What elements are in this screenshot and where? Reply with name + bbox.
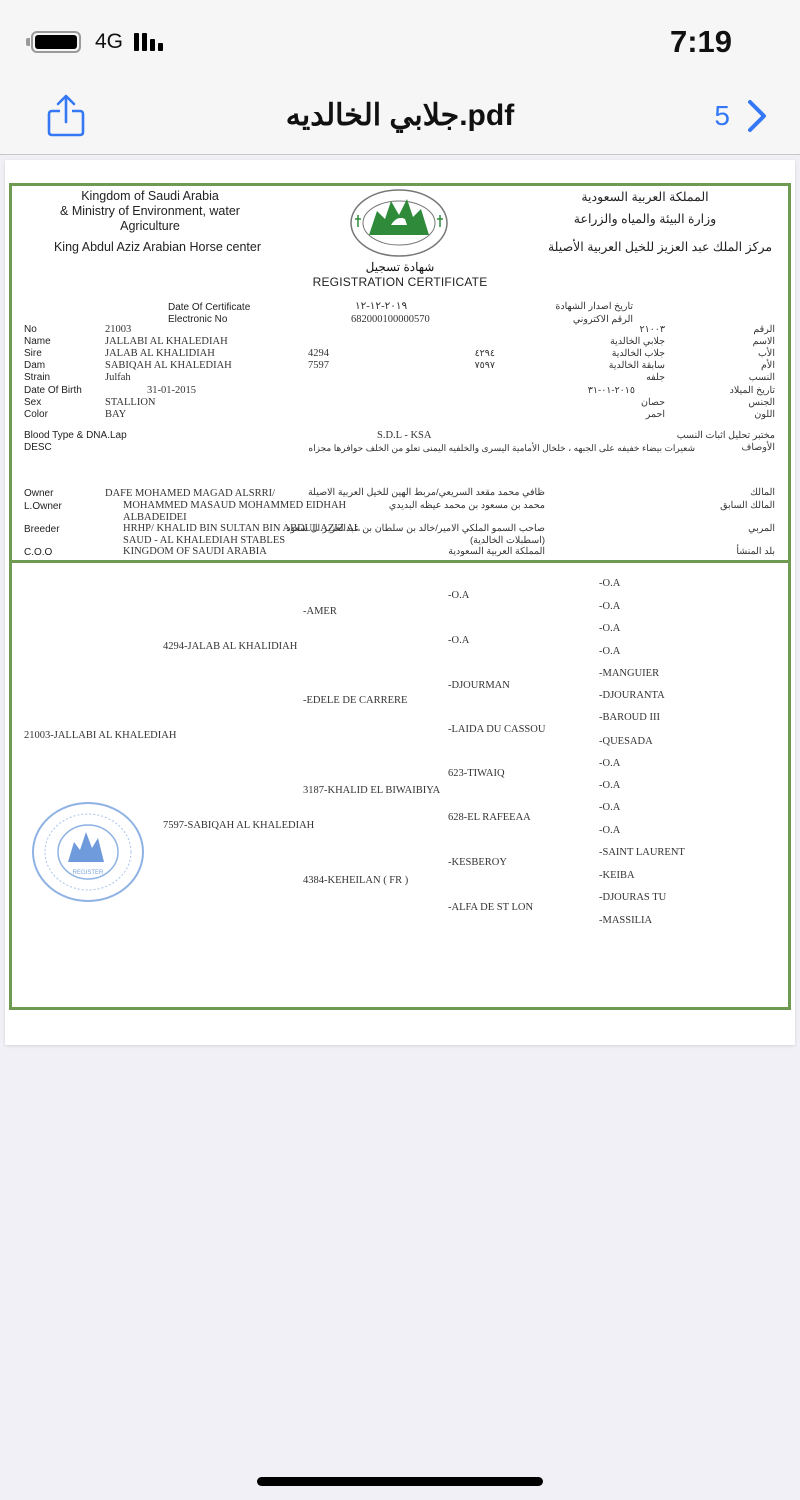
pedigree-great-grandparent: -KESBEROY: [448, 857, 507, 868]
pedigree-horse: 21003-JALLABI AL KHALEDIAH: [24, 730, 176, 741]
battery-icon: [26, 31, 86, 53]
field-label-ar: تاريخ الميلاد: [730, 385, 775, 397]
next-page-button[interactable]: [740, 94, 776, 138]
field-label: Date Of Birth: [24, 385, 82, 397]
certificate-title-en: REGISTRATION CERTIFICATE: [295, 275, 505, 289]
field-label: Sire: [24, 348, 42, 360]
home-indicator[interactable]: [257, 1477, 543, 1486]
owner-value: DAFE MOHAMED MAGAD ALSRRI/: [105, 488, 275, 500]
header-ar-line2: وزارة البيئة والمياه والزراعة: [545, 211, 745, 226]
pedigree-gg-grandparent: -O.A: [599, 758, 620, 769]
breeder-label: Breeder: [24, 524, 60, 536]
network-type: 4G: [95, 30, 123, 54]
page-count: 5: [714, 100, 730, 132]
clock: 7:19: [670, 24, 732, 60]
electronic-no-value: 682000100000570: [351, 314, 430, 326]
electronic-no-label: Electronic No: [168, 314, 227, 326]
pedigree-gg-grandparent: -QUESADA: [599, 736, 653, 747]
field-value: BAY: [105, 409, 126, 421]
pedigree-gg-grandparent: -O.A: [599, 646, 620, 657]
pedigree-gg-grandparent: -KEIBA: [599, 870, 635, 881]
coo-label: C.O.O: [24, 547, 52, 559]
desc-value-ar: شعيرات بيضاء خفيفه على الجبهه ، خلخال ال…: [308, 442, 695, 454]
pdf-page: Kingdom of Saudi Arabia & Ministry of En…: [5, 160, 795, 1045]
pedigree-great-grandparent: -O.A: [448, 590, 469, 601]
field-value-ar: ٢٠١٥-٠١-٣١: [588, 385, 635, 397]
pedigree-gg-grandparent: -O.A: [599, 802, 620, 813]
field-value: 31-01-2015: [147, 385, 196, 397]
pedigree-great-grandparent: 623-TIWAIQ: [448, 768, 505, 779]
date-of-certificate-label: Date Of Certificate: [168, 302, 250, 314]
blood-type-label: Blood Type & DNA.Lap: [24, 430, 127, 442]
owner-label: Owner: [24, 488, 53, 500]
pedigree-parent: 4294-JALAB AL KHALIDIAH: [163, 641, 297, 652]
field-label: Name: [24, 336, 51, 348]
desc-label-ar: الأوصاف: [742, 442, 775, 454]
field-value-ar: ٢١٠٠٣: [639, 324, 665, 336]
breeder-label-ar: المربي: [748, 523, 775, 535]
field-value-ar: احمر: [646, 409, 665, 421]
field-number: 4294: [308, 348, 329, 360]
kaahc-logo: [347, 187, 451, 259]
field-number-ar: ٧٥٩٧: [475, 360, 495, 372]
field-value-ar: جلابي الخالدية: [610, 336, 665, 348]
pedigree-great-grandparent: -O.A: [448, 635, 469, 646]
field-value: 21003: [105, 324, 131, 336]
pedigree-gg-grandparent: -MASSILIA: [599, 915, 652, 926]
pedigree-gg-grandparent: -O.A: [599, 601, 620, 612]
pedigree-gg-grandparent: -O.A: [599, 780, 620, 791]
date-of-certificate-label-ar: تاريخ اصدار الشهادة: [555, 301, 633, 313]
field-value: JALLABI AL KHALEDIAH: [105, 336, 228, 348]
pedigree-gg-grandparent: -O.A: [599, 623, 620, 634]
pedigree-gg-grandparent: -MANGUIER: [599, 668, 659, 679]
register-stamp: REGISTER: [30, 800, 146, 904]
header-en-line1: Kingdom of Saudi Arabia: [45, 189, 255, 204]
coo-label-ar: بلد المنشأ: [736, 546, 775, 558]
field-label-ar: الرقم: [753, 324, 775, 336]
pedigree-great-grandparent: -LAIDA DU CASSOU: [448, 724, 545, 735]
field-label: Color: [24, 409, 48, 421]
pedigree-gg-grandparent: -BAROUD III: [599, 712, 660, 723]
certificate-title-ar: شهادة تسجيل: [305, 260, 495, 274]
desc-label: DESC: [24, 442, 52, 454]
pedigree-gg-grandparent: -DJOURANTA: [599, 690, 665, 701]
field-number-ar: ٤٢٩٤: [475, 348, 495, 360]
field-label-ar: النسب: [749, 372, 775, 384]
field-label-ar: الأب: [758, 348, 775, 360]
pedigree-gg-grandparent: -O.A: [599, 578, 620, 589]
pedigree-grandparent: -AMER: [303, 606, 337, 617]
status-bar: 4G 7:19: [0, 0, 800, 80]
field-value: SABIQAH AL KHALEDIAH: [105, 360, 232, 372]
document-title: جلابي الخالديه.pdf: [0, 98, 800, 133]
blood-type-label-ar: مختبر تحليل اثبات النسب: [677, 430, 775, 442]
chevron-right-icon: [740, 94, 776, 138]
l-owner-label: L.Owner: [24, 501, 62, 513]
pedigree-grandparent: 4384-KEHEILAN ( FR ): [303, 875, 408, 886]
section-divider: [9, 560, 791, 563]
field-label: No: [24, 324, 37, 336]
pedigree-great-grandparent: -DJOURMAN: [448, 680, 510, 691]
signal-icon: [134, 33, 174, 51]
pedigree-gg-grandparent: -O.A: [599, 825, 620, 836]
field-label-ar: الجنس: [748, 397, 775, 409]
pedigree-grandparent: -EDELE DE CARRERE: [303, 695, 407, 706]
electronic-no-label-ar: الرقم الاكتروني: [573, 314, 633, 326]
l-owner-value-1: MOHAMMED MASAUD MOHAMMED EIDHAH: [123, 500, 346, 512]
field-label-ar: الاسم: [753, 336, 775, 348]
svg-text:REGISTER: REGISTER: [73, 870, 104, 876]
l-owner-value-ar: محمد بن مسعود بن محمد عيظه البديدي: [389, 500, 545, 512]
l-owner-label-ar: المالك السابق: [720, 500, 775, 512]
owner-label-ar: المالك: [750, 487, 775, 499]
pedigree-gg-grandparent: -SAINT LAURENT: [599, 847, 685, 858]
header-en-line2: & Ministry of Environment, water: [25, 204, 275, 219]
field-value: Julfah: [105, 372, 131, 384]
header-en-line4: King Abdul Aziz Arabian Horse center: [25, 240, 290, 255]
owner-value-ar: ظافي محمد مقعد السريعي/مربط الهين للخيل …: [308, 487, 545, 499]
field-value-ar: حصان: [641, 397, 665, 409]
field-number: 7597: [308, 360, 329, 372]
pedigree-parent: 7597-SABIQAH AL KHALEDIAH: [163, 820, 314, 831]
pedigree-gg-grandparent: -DJOURAS TU: [599, 892, 666, 903]
field-label-ar: اللون: [754, 409, 775, 421]
header-ar-line3: مركز الملك عبد العزيز للخيل العربية الأص…: [545, 239, 775, 254]
field-label: Dam: [24, 360, 45, 372]
header-en-line3: Agriculture: [45, 219, 255, 234]
field-value-ar: جلفه: [646, 372, 665, 384]
blood-type-value: S.D.L - KSA: [377, 430, 431, 442]
breeder-value-ar-1: صاحب السمو الملكي الامير/خالد بن سلطان ب…: [286, 523, 545, 535]
field-value: STALLION: [105, 397, 156, 409]
field-label: Sex: [24, 397, 41, 409]
date-of-certificate-value: ٢٠١٩-١٢-١٢: [355, 301, 407, 313]
field-value-ar: جلاب الخالدية: [612, 348, 665, 360]
coo-value-ar: المملكة العربية السعودية: [448, 546, 545, 558]
nav-bar: جلابي الخالديه.pdf 5: [0, 80, 800, 155]
pedigree-grandparent: 3187-KHALID EL BIWAIBIYA: [303, 785, 440, 796]
header-ar-line1: المملكة العربية السعودية: [545, 189, 745, 204]
field-value-ar: سابقة الخالدية: [609, 360, 665, 372]
pedigree-great-grandparent: -ALFA DE ST LON: [448, 902, 533, 913]
pedigree-great-grandparent: 628-EL RAFEEAA: [448, 812, 531, 823]
field-label: Strain: [24, 372, 50, 384]
field-label-ar: الأم: [761, 360, 775, 372]
field-value: JALAB AL KHALIDIAH: [105, 348, 215, 360]
coo-value: KINGDOM OF SAUDI ARABIA: [123, 546, 267, 558]
